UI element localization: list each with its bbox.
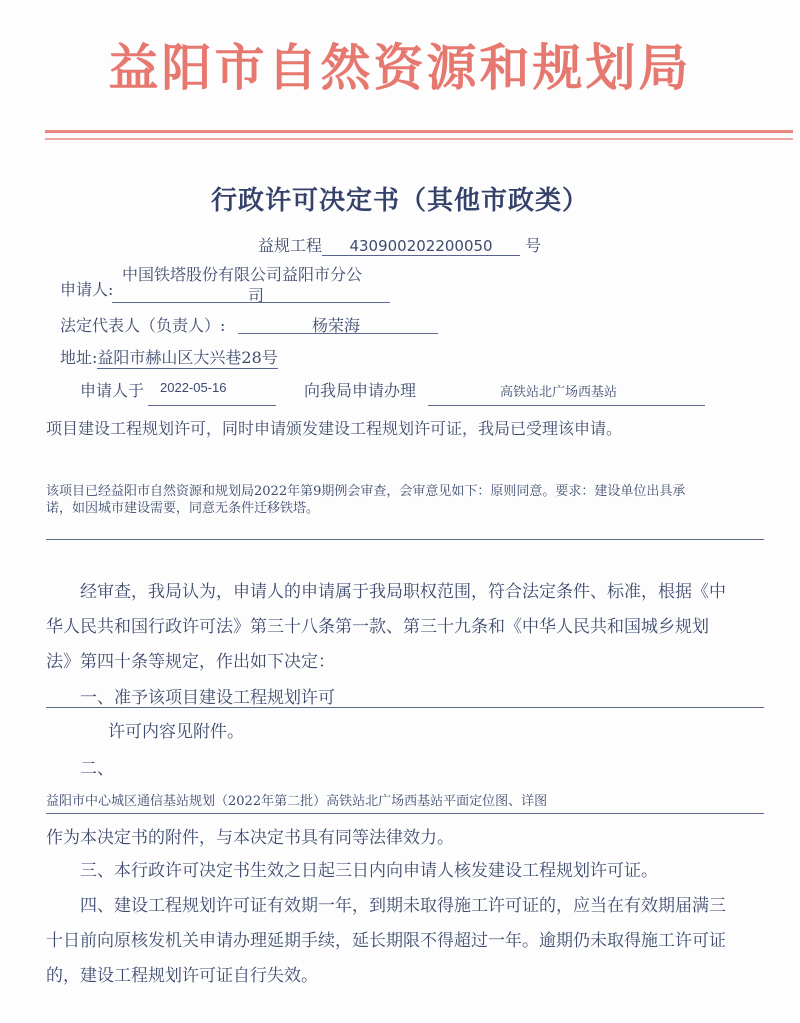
document-number: 430900202200050: [322, 237, 520, 256]
decision-intro-line3: 法》第四十条等规定，作出如下决定：: [46, 647, 335, 672]
decision-item4-line2: 十日前向原核发机关申请办理延期手续，延长期限不得超过一年。逾期仍未取得施工许可证: [46, 926, 726, 951]
number-suffix: 号: [525, 236, 541, 255]
item1-underline: [46, 707, 764, 708]
decision-item2-attachment: 益阳市中心城区通信基站规划（2022年第二批）高铁站北广场西基站平面定位图、详图: [46, 790, 547, 809]
representative-underline: [238, 333, 438, 334]
decision-item1-detail: 许可内容见附件。: [108, 717, 244, 742]
decision-item1: 一、准予该项目建设工程规划许可: [80, 683, 335, 708]
representative-label: 法定代表人（负责人）:: [60, 313, 225, 336]
decision-item2-label: 二、: [80, 754, 114, 779]
letterhead-rule-thick: [45, 130, 793, 133]
application-continuation: 项目建设工程规划许可，同时申请颁发建设工程规划许可证，我局已受理该申请。: [46, 416, 622, 439]
applicant-label: 申请人:: [60, 277, 113, 300]
decision-item3: 三、本行政许可决定书生效之日起三日内向申请人核发建设工程规划许可证。: [80, 856, 658, 881]
address-label: 地址:: [60, 348, 97, 367]
letterhead-rule-thin: [45, 138, 793, 140]
address-value: 益阳市赫山区大兴巷28号: [97, 345, 277, 369]
applicant-underline: [112, 302, 390, 303]
applicant-name-line1: 中国铁塔股份有限公司益阳市分公: [122, 262, 362, 285]
date-underline: [148, 405, 276, 406]
decision-intro-line2: 华人民共和国行政许可法》第三十八条第一款、第三十九条和《中华人民共和国城乡规划: [46, 612, 709, 637]
document-title: 行政许可决定书（其他市政类）: [0, 180, 800, 217]
decision-item2-tail: 作为本决定书的附件，与本决定书具有同等法律效力。: [46, 823, 454, 848]
address-row: 地址:益阳市赫山区大兴巷28号: [60, 345, 278, 369]
item2-underline: [46, 813, 764, 814]
project-underline: [428, 405, 705, 406]
project-name: 高铁站北广场西基站: [500, 381, 617, 400]
application-middle: 向我局申请办理: [304, 378, 416, 401]
decision-intro-line1: 经审查，我局认为，申请人的申请属于我局职权范围，符合法定条件、标准，根据《中: [80, 577, 726, 602]
number-prefix: 益规工程: [258, 236, 322, 255]
application-prefix: 申请人于: [80, 378, 144, 401]
agency-letterhead: 益阳市自然资源和规划局: [0, 28, 800, 100]
application-date: 2022-05-16: [160, 380, 227, 395]
document-number-row: 益规工程430900202200050 号: [258, 233, 541, 256]
review-note-line2: 诺，如因城市建设需要，同意无条件迁移铁塔。: [46, 497, 319, 516]
decision-item4-line1: 四、建设工程规划许可证有效期一年，到期未取得施工许可证的，应当在有效期届满三: [80, 891, 726, 916]
decision-item4-line3: 的，建设工程规划许可证自行失效。: [46, 961, 318, 986]
review-note-underline: [46, 539, 764, 540]
